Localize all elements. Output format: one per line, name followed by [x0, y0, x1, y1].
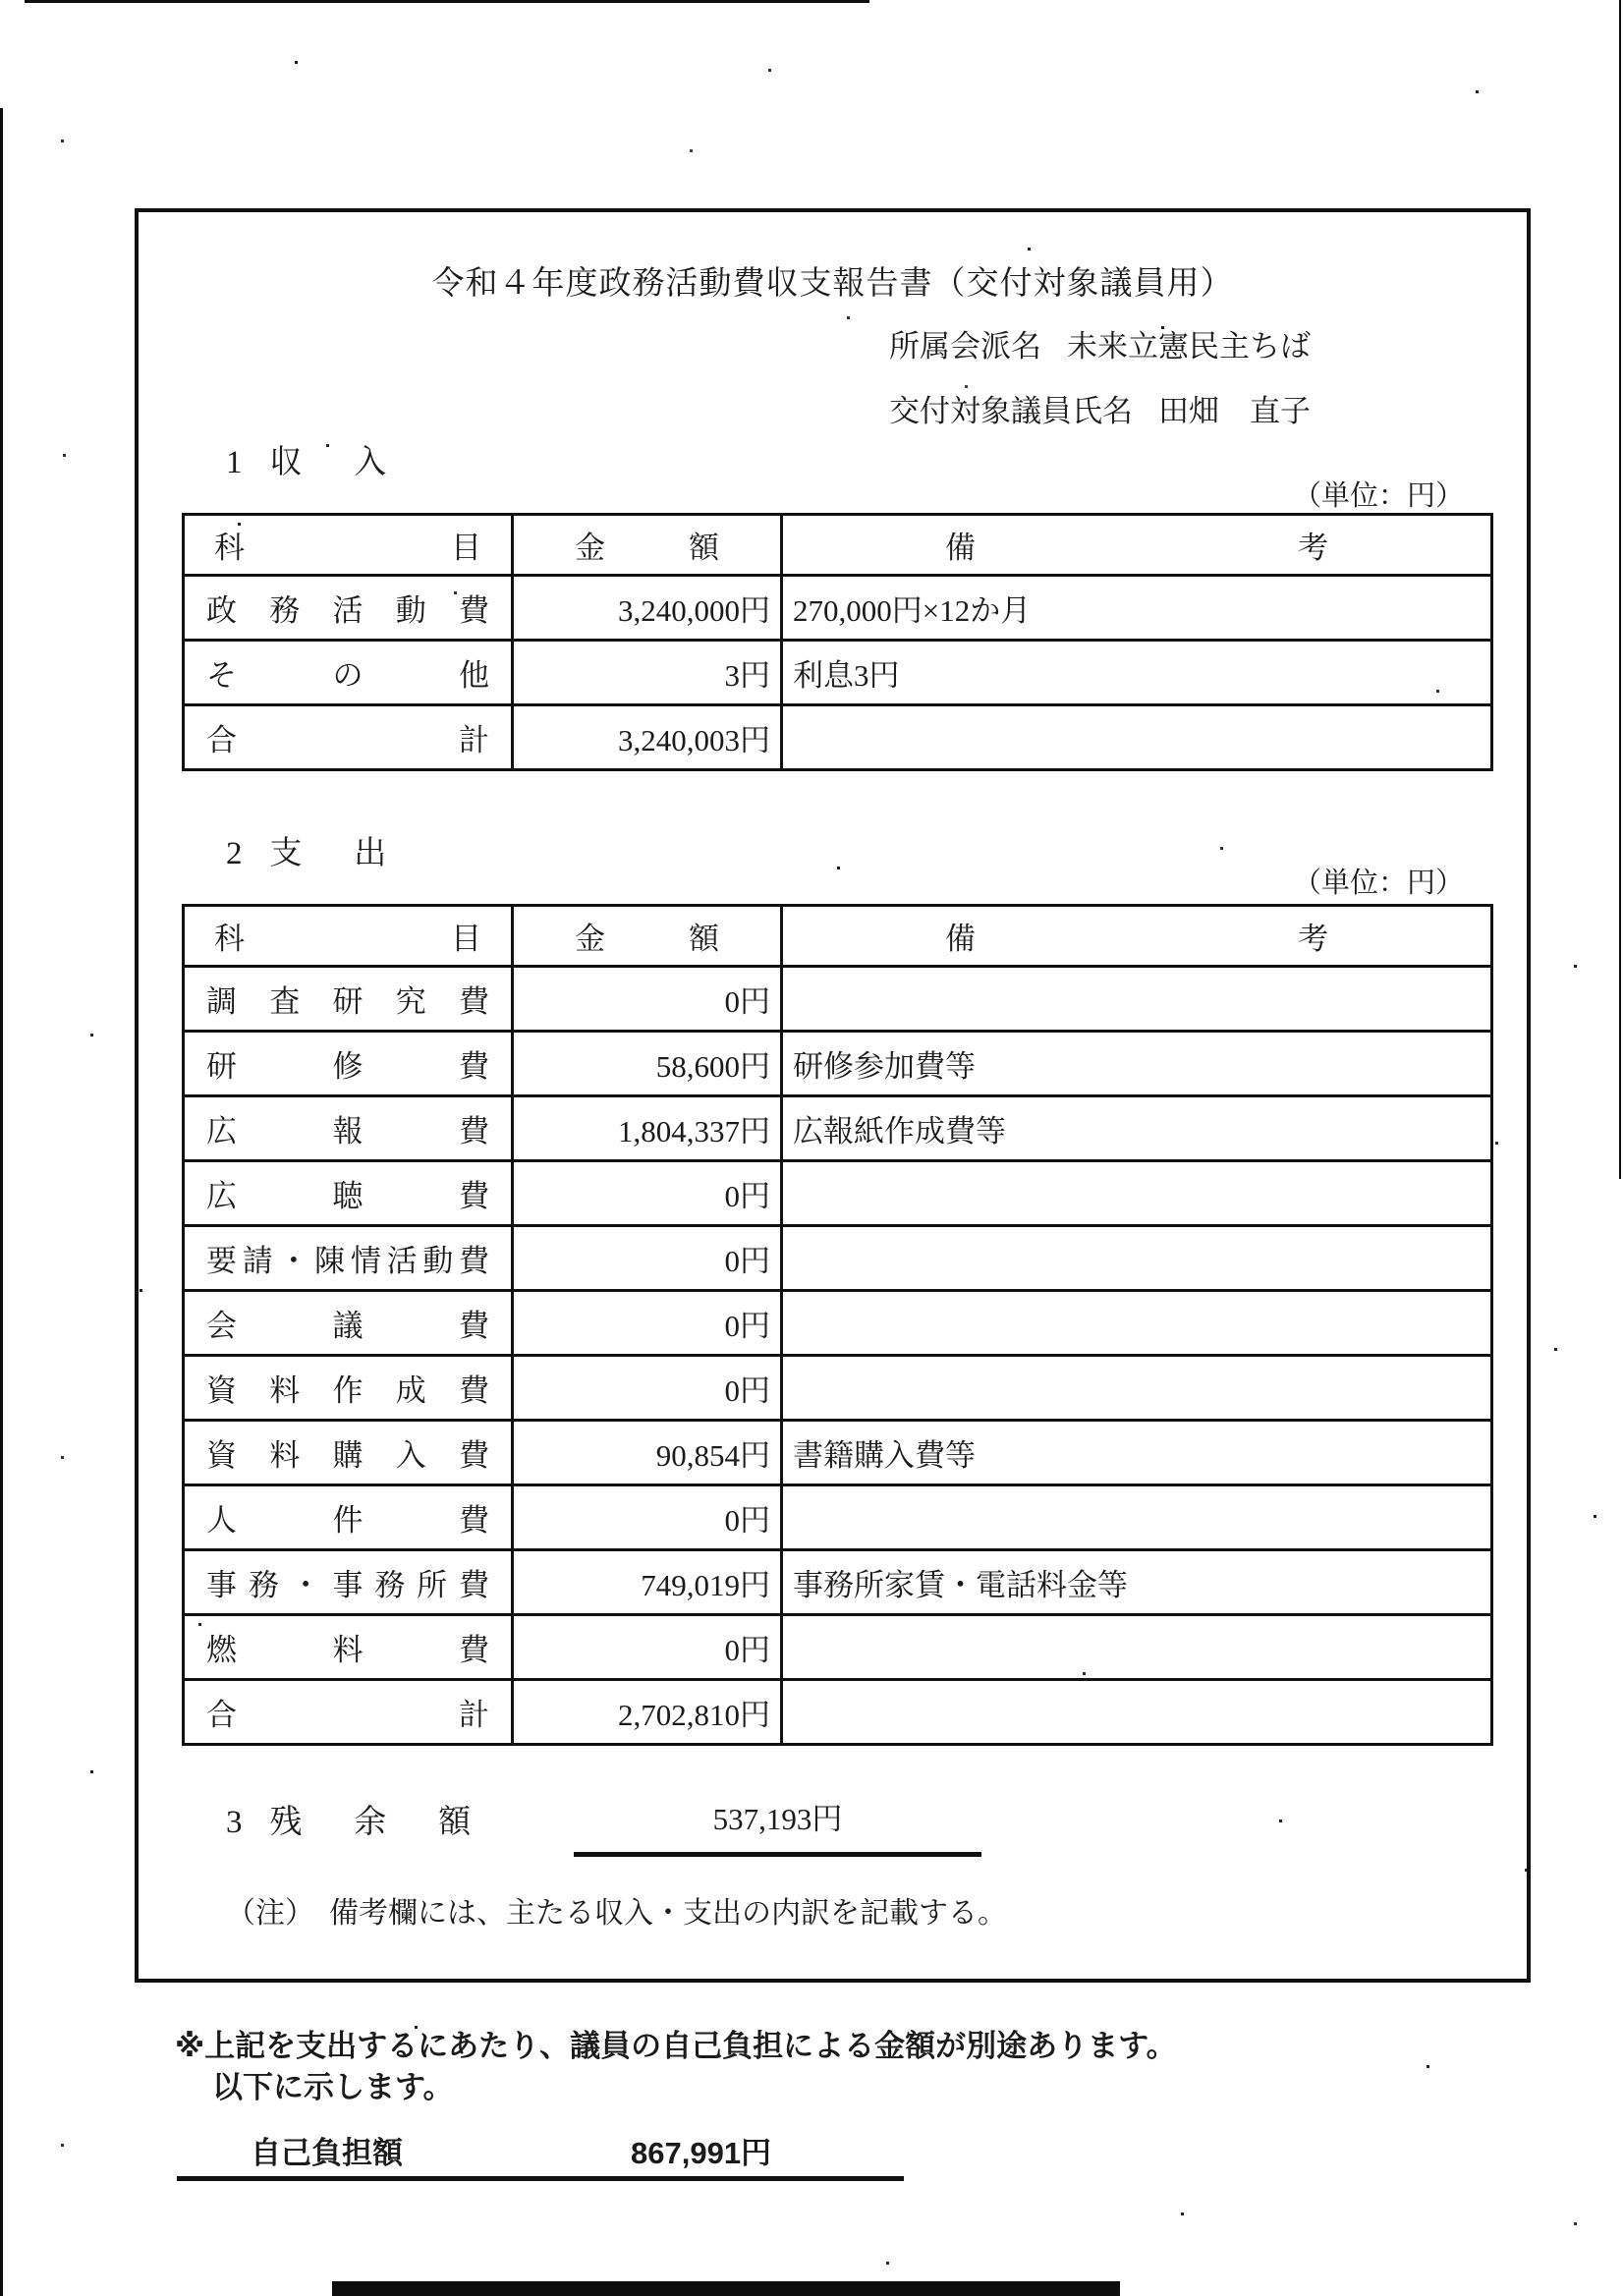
scan-edge-right [1619, 0, 1621, 1179]
income-section-number: 1 [226, 445, 243, 481]
column-header-amount: 金 額 [513, 906, 782, 967]
note-cell [782, 967, 1492, 1032]
item-cell: 資料購入費 [184, 1421, 513, 1485]
table-row: 資料作成費 0円 [184, 1356, 1492, 1421]
note-cell: 270,000円×12か月 [782, 576, 1492, 641]
scan-edge-top [25, 0, 869, 3]
income-section-name: 収 入 [270, 436, 397, 482]
amount-cell: 0円 [513, 1356, 782, 1421]
table-row: 人件費 0円 [184, 1485, 1492, 1550]
note-cell: 研修参加費等 [782, 1032, 1492, 1096]
item-cell: 政務活動費 [184, 576, 513, 641]
expense-table-header: 科 目 金 額 備 考 [184, 906, 1492, 967]
note-cell [782, 1161, 1492, 1226]
item-cell: 会議費 [184, 1291, 513, 1356]
amount-cell: 3円 [513, 641, 782, 705]
note-cell [782, 1291, 1492, 1356]
note-cell: 事務所家賃・電話料金等 [782, 1550, 1492, 1615]
member-value: 田畑 直子 [1158, 386, 1311, 430]
item-cell: 広報費 [184, 1096, 513, 1161]
self-pay-row: 自己負担額 867,991円 [177, 2124, 904, 2181]
report-meta: 所属会派名 未来立憲民主ちば 交付対象議員氏名 田畑 直子 [889, 310, 1311, 440]
member-line: 交付対象議員氏名 田畑 直子 [889, 375, 1311, 440]
amount-cell: 0円 [513, 1161, 782, 1226]
item-cell: その他 [184, 641, 513, 705]
self-pay-note: ※上記を支出するにあたり、議員の自己負担による金額が別途あります。 以下に示しま… [175, 2026, 1177, 2108]
amount-cell: 0円 [513, 967, 782, 1032]
amount-cell: 58,600円 [513, 1032, 782, 1096]
note-cell [782, 1226, 1492, 1291]
item-cell: 調査研究費 [184, 967, 513, 1032]
table-row: 合計 3,240,003円 [184, 705, 1492, 770]
table-row: 広聴費 0円 [184, 1161, 1492, 1226]
faction-label: 所属会派名 [889, 321, 1041, 365]
item-cell: 人件費 [184, 1485, 513, 1550]
scanned-report-page: 令和４年度政務活動費収支報告書（交付対象議員用） 所属会派名 未来立憲民主ちば … [0, 0, 1623, 2296]
self-pay-label: 自己負担額 [251, 2128, 403, 2172]
balance-row: 3 残 余 額 537,193円 [226, 1796, 1405, 1857]
note-cell [782, 1615, 1492, 1680]
table-row: 要請・陳情活動費 0円 [184, 1226, 1492, 1291]
amount-cell: 749,019円 [513, 1550, 782, 1615]
note-cell [782, 705, 1492, 770]
expense-section-number: 2 [226, 836, 243, 872]
balance-heading: 3 残 余 額 [226, 1796, 480, 1842]
scan-noise-specks [0, 0, 3, 3]
amount-cell: 0円 [513, 1615, 782, 1680]
item-cell: 広聴費 [184, 1161, 513, 1226]
remark-note: （注） 備考欄には、主たる収入・支出の内訳を記載する。 [226, 1888, 1007, 1932]
table-row: 政務活動費 3,240,000円 270,000円×12か月 [184, 576, 1492, 641]
table-row: その他 3円 利息3円 [184, 641, 1492, 705]
income-table-header: 科 目 金 額 備 考 [184, 515, 1492, 576]
amount-cell: 0円 [513, 1291, 782, 1356]
expense-unit-note: （単位：円） [1293, 861, 1464, 901]
income-section-heading: 1 収 入 [226, 436, 396, 482]
note-cell [782, 1680, 1492, 1745]
expense-section-heading: 2 支 出 [226, 827, 396, 873]
item-cell: 合計 [184, 705, 513, 770]
note-cell: 利息3円 [782, 641, 1492, 705]
amount-cell: 0円 [513, 1485, 782, 1550]
amount-cell: 0円 [513, 1226, 782, 1291]
member-label: 交付対象議員氏名 [889, 386, 1133, 430]
scan-edge-left [0, 108, 3, 2296]
self-pay-note-line2: 以下に示します。 [175, 2067, 1177, 2108]
self-pay-amount: 867,991円 [631, 2128, 771, 2172]
amount-cell: 2,702,810円 [513, 1680, 782, 1745]
note-cell: 広報紙作成費等 [782, 1096, 1492, 1161]
amount-cell: 90,854円 [513, 1421, 782, 1485]
balance-amount: 537,193円 [574, 1794, 981, 1857]
table-row: 資料購入費 90,854円 書籍購入費等 [184, 1421, 1492, 1485]
column-header-amount: 金 額 [513, 515, 782, 576]
amount-cell: 1,804,337円 [513, 1096, 782, 1161]
expense-section-name: 支 出 [270, 827, 397, 873]
column-header-item: 科 目 [184, 515, 513, 576]
column-header-note: 備 考 [782, 515, 1492, 576]
scan-edge-bottom [332, 2281, 1120, 2296]
faction-line: 所属会派名 未来立憲民主ちば [889, 310, 1311, 375]
amount-cell: 3,240,000円 [513, 576, 782, 641]
table-row: 広報費 1,804,337円 広報紙作成費等 [184, 1096, 1492, 1161]
item-cell: 燃料費 [184, 1615, 513, 1680]
item-cell: 研修費 [184, 1032, 513, 1096]
table-row: 会議費 0円 [184, 1291, 1492, 1356]
income-unit-note: （単位：円） [1293, 474, 1464, 514]
report-form-box: 令和４年度政務活動費収支報告書（交付対象議員用） 所属会派名 未来立憲民主ちば … [135, 208, 1531, 1983]
table-row: 研修費 58,600円 研修参加費等 [184, 1032, 1492, 1096]
note-cell [782, 1356, 1492, 1421]
column-header-item: 科 目 [184, 906, 513, 967]
note-cell: 書籍購入費等 [782, 1421, 1492, 1485]
column-header-note: 備 考 [782, 906, 1492, 967]
note-cell [782, 1485, 1492, 1550]
table-row: 調査研究費 0円 [184, 967, 1492, 1032]
item-cell: 合計 [184, 1680, 513, 1745]
income-table: 科 目 金 額 備 考 政務活動費 3,240,000円 270,000円×12… [182, 513, 1493, 771]
item-cell: 資料作成費 [184, 1356, 513, 1421]
report-title: 令和４年度政務活動費収支報告書（交付対象議員用） [139, 257, 1527, 304]
item-cell: 要請・陳情活動費 [184, 1226, 513, 1291]
amount-cell: 3,240,003円 [513, 705, 782, 770]
balance-section-name: 残 余 額 [270, 1796, 481, 1842]
table-row: 燃料費 0円 [184, 1615, 1492, 1680]
table-row: 事務・事務所費 749,019円 事務所家賃・電話料金等 [184, 1550, 1492, 1615]
balance-section-number: 3 [226, 1805, 243, 1841]
expense-table: 科 目 金 額 備 考 調査研究費 0円 研修費 58,600円 研修参加費等 … [182, 904, 1493, 1746]
table-row: 合計 2,702,810円 [184, 1680, 1492, 1745]
self-pay-note-line1: ※上記を支出するにあたり、議員の自己負担による金額が別途あります。 [175, 2026, 1177, 2067]
faction-value: 未来立憲民主ちば [1067, 321, 1311, 365]
item-cell: 事務・事務所費 [184, 1550, 513, 1615]
